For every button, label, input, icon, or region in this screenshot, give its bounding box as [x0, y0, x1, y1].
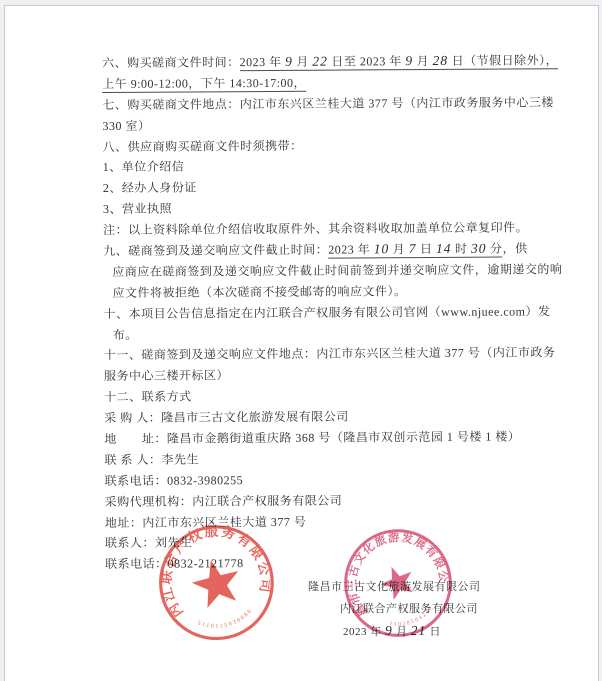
- document-text: 联系电话：0832-2121778: [105, 557, 244, 572]
- handwritten-text: 22: [312, 54, 328, 71]
- seal-serial-number: 5110115030086: [195, 607, 256, 636]
- document-text: 应商应在磋商签到及递交响应文件截止时间前签到并递交响应文件，逾期递交的响: [112, 262, 562, 279]
- handwritten-text: 14: [436, 241, 452, 258]
- handwritten-text: 30: [471, 241, 487, 258]
- document-text: 1、单位介绍信: [103, 160, 185, 174]
- text-line: 联系电话：0832-3980255: [105, 468, 541, 492]
- document-text: 时: [451, 242, 471, 258]
- text-line: 1、单位介绍信: [103, 155, 539, 179]
- signature-date: 2023 年 9 月 21 日: [343, 624, 441, 639]
- document-text: 十二、联系方式: [104, 390, 192, 405]
- document-text: 采购代理机构：内江联合产权服务有限公司: [105, 493, 343, 508]
- text-line: 采购代理机构：内江联合产权服务有限公司: [105, 489, 541, 513]
- svg-text:5110115030086: 5110115030086: [195, 607, 256, 636]
- text-line: 应文件将被拒绝（本次磋商不接受邮寄的响应文件）。: [103, 280, 539, 304]
- document-text: 2、经办人身份证: [103, 181, 197, 196]
- text-line: 地 址：隆昌市金鹅街道重庆路 368 号（隆昌市双创示范园 1 号楼 1 楼）: [104, 426, 540, 450]
- document-text: 六、购买磋商文件时间：: [102, 55, 240, 70]
- document-text: 联 系 人：李先生: [104, 452, 199, 467]
- document-text: 地 址：隆昌市金鹅街道重庆路 368 号（隆昌市双创示范园 1 号楼 1 楼）: [104, 429, 520, 446]
- text-line: 采 购 人：隆昌市三古文化旅游发展有限公司: [104, 405, 540, 429]
- text-line: 六、购买磋商文件时间：2023 年 9 月 22 日至 2023 年 9 月 2…: [102, 50, 538, 74]
- document-text: 日至 2023 年: [328, 54, 406, 70]
- date-day-label: 日: [430, 626, 442, 638]
- text-line: 七、购买磋商文件地点：内江市东兴区兰桂大道 377 号（内江市政务服务中心三楼: [102, 92, 538, 116]
- signature-agency-company: 内江联合产权服务有限公司: [340, 603, 478, 616]
- text-line: 联系电话：0832-2121778: [105, 552, 541, 576]
- date-day-handwritten: 21: [411, 623, 427, 638]
- document-text: 八、供应商购买磋商文件时须携带：: [103, 138, 303, 153]
- text-line: 2、经办人身份证: [103, 176, 539, 200]
- document-text: 日: [416, 242, 436, 258]
- document-text: 分: [486, 242, 502, 258]
- document-text: 采 购 人：隆昌市三古文化旅游发展有限公司: [104, 410, 349, 425]
- text-line: 3、营业执照: [103, 197, 539, 221]
- text-line: 布。: [104, 322, 540, 346]
- document-text: 七、购买磋商文件地点：内江市东兴区兰桂大道 377 号（内江市政务服务中心三楼: [102, 95, 554, 112]
- document-page: 六、购买磋商文件时间：2023 年 9 月 22 日至 2023 年 9 月 2…: [4, 5, 599, 681]
- date-month-handwritten: 9: [385, 623, 393, 638]
- document-text: 上午 9:00-12:00，下午 14:30-17:00，: [102, 76, 306, 93]
- text-line: 地址：内江市东兴区兰桂大道 377 号: [105, 510, 541, 534]
- document-text: 2023 年: [328, 242, 374, 258]
- document-text: 月: [413, 54, 433, 70]
- handwritten-text: 9: [405, 53, 413, 70]
- handwritten-text: 10: [374, 241, 390, 258]
- scan-background: 六、购买磋商文件时间：2023 年 9 月 22 日至 2023 年 9 月 2…: [0, 0, 602, 681]
- text-line: 上午 9:00-12:00，下午 14:30-17:00，: [102, 71, 538, 95]
- document-text: 月: [293, 55, 313, 71]
- document-text: 地址：内江市东兴区兰桂大道 377 号: [105, 514, 307, 529]
- document-text: 联系人：刘先生: [105, 536, 193, 551]
- text-line: 十一、磋商签到及递交响应文件地点：内江市东兴区兰桂大道 377 号（内江市政务: [104, 343, 540, 367]
- document-text: 联系电话：0832-3980255: [105, 473, 244, 488]
- document-text: 服务中心三楼开标区）: [104, 369, 229, 384]
- text-line: 九、磋商签到及递交响应文件截止时间：2023 年 10 月 7 日 14 时 3…: [103, 238, 539, 262]
- document-text: 注：以上资料除单位介绍信收取原件外、其余资料收取加盖单位公章复印件。: [103, 221, 528, 238]
- handwritten-text: 9: [285, 54, 293, 71]
- document-text: 十、本项目公告信息指定在内江联合产权服务有限公司官网（www.njuee.com…: [104, 304, 551, 321]
- document-text: 布。: [113, 327, 138, 341]
- document-text: 月: [389, 242, 409, 258]
- handwritten-text: 28: [433, 53, 449, 70]
- text-line: 注：以上资料除单位介绍信收取原件外、其余资料收取加盖单位公章复印件。: [103, 217, 539, 241]
- date-month-label: 月: [396, 626, 408, 638]
- text-line: 十、本项目公告信息指定在内江联合产权服务有限公司官网（www.njuee.com…: [104, 301, 540, 325]
- date-year: 2023 年: [343, 626, 382, 638]
- document-text: ，供: [503, 241, 528, 255]
- document-text: 十一、磋商签到及递交响应文件地点：内江市东兴区兰桂大道 377 号（内江市政务: [104, 346, 556, 363]
- text-line: 联 系 人：李先生: [104, 447, 540, 471]
- signature-purchaser-company: 隆昌市三古文化旅游发展有限公司: [308, 581, 481, 594]
- text-line: 八、供应商购买磋商文件时须携带：: [103, 134, 539, 158]
- text-line: 330 室）: [102, 113, 538, 137]
- document-text: 2023 年: [240, 55, 286, 71]
- document-text: 330 室）: [102, 118, 150, 132]
- document-text: 应文件将被拒绝（本次磋商不接受邮寄的响应文件）。: [112, 284, 406, 300]
- text-line: 联系人：刘先生: [105, 531, 541, 555]
- document-text: 九、磋商签到及递交响应文件截止时间：: [103, 243, 328, 258]
- document-body: 六、购买磋商文件时间：2023 年 9 月 22 日至 2023 年 9 月 2…: [102, 50, 541, 575]
- text-line: 应商应在磋商签到及递交响应文件截止时间前签到并递交响应文件，逾期递交的响: [103, 259, 539, 283]
- document-text: 日（节假日除外），: [448, 53, 558, 70]
- text-line: 十二、联系方式: [104, 385, 540, 409]
- text-line: 服务中心三楼开标区）: [104, 364, 540, 388]
- document-text: 3、营业执照: [103, 202, 172, 216]
